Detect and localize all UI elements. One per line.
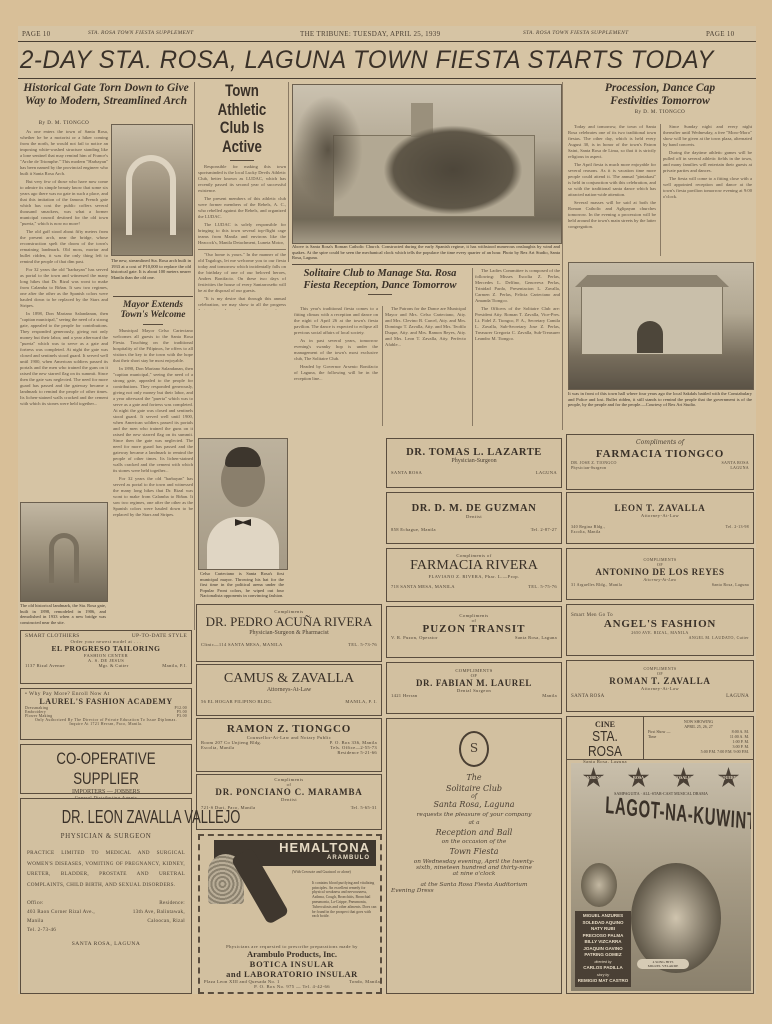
ad-address-row: 31 Arguelles Bldg., ManilaSanta Rosa, La…: [571, 582, 749, 587]
ad-address: Clinic—114 SANTA MESA, MANILA: [201, 642, 283, 647]
paragraph: In 1898, Don Mariano Salandanan, then "c…: [20, 311, 108, 407]
ad-vallejo: DR. LEON ZAVALLA VALLEJO PHYSICIAN & SUR…: [20, 798, 192, 994]
page-number-right: PAGE 10: [706, 30, 735, 38]
ad-address: 13th Ave, Balintawak,: [133, 909, 185, 915]
ad-label: Residence:: [159, 900, 185, 906]
hemaltona-body: (With Creosote and Guaiacol or alone) It…: [292, 870, 378, 919]
ad-address: 56 EL HOGAR FILIPINO BLDG.: [201, 699, 273, 704]
headline-rule: [18, 78, 756, 79]
ad-owner-title: Physician-Surgeon: [571, 465, 606, 470]
paragraph: "It is my desire that through this annua…: [198, 296, 286, 310]
ad-practice: PRACTICE LIMITED TO MEDICAL AND SURGICAL…: [27, 848, 185, 890]
ad-name: PUZON TRANSIT: [391, 623, 557, 635]
ad-name: CAMUS & ZAVALLA: [201, 671, 377, 687]
ad-name-wrap: DR. LEON ZAVALLA VALLEJO: [27, 807, 185, 828]
ad-name: FARMACIA RIVERA: [391, 558, 557, 574]
movie-poster: MORENA ROSA ROSALES ESQUERRA SAMPAGUITA …: [571, 763, 751, 991]
folio-rule: [18, 41, 756, 42]
ad-name: DR. PEDRO ACUÑA RIVERA: [201, 614, 377, 630]
title-line: Mayor Extends: [113, 300, 193, 310]
ad-operator: V. R. Puzon, Operator: [391, 635, 438, 640]
photo-caption: Above is Santa Rosa's Roman Catholic Chu…: [292, 244, 560, 261]
solitaire-title: Solitaire Club to Manage Sta. Rosa Fiest…: [292, 268, 468, 298]
ad-address: Escolta, Manila: [201, 745, 234, 750]
article-procession: Procession, Dance Cap Festivities Tomorr…: [566, 82, 754, 118]
ad-farmacia-tiongco: Compliments of FARMACIA TIONGCO DR. JOSE…: [566, 434, 754, 490]
paragraph: Since Sunday night and every night there…: [663, 124, 752, 148]
ad-location: MANILA, P. I.: [345, 699, 377, 704]
ad-address: 1137 Rizal Avenue: [25, 663, 65, 668]
film-title: LAGOT-NA-KUWINTAS: [605, 792, 718, 832]
title-line: Solitaire Club to Manage Sta. Rosa: [292, 268, 468, 280]
section-label-right: STA. ROSA TOWN FIESTA SUPPLEMENT: [523, 30, 629, 36]
byline: By D. M. TIONGCO: [20, 121, 108, 126]
photo-caption: The new, streamlined Sta. Rosa arch buil…: [111, 258, 191, 280]
company-name: BOTICA INSULAR: [204, 959, 380, 969]
ad-po-box: P. O. Box No. 975 — Tel. 4-42-66: [204, 984, 380, 989]
ad-address: 858 Echague, Manila: [391, 527, 436, 532]
invite-line: of: [391, 793, 557, 800]
town-hall-arch: [637, 321, 663, 353]
paragraph: Headed by Governor Arsenio Bonifacio of …: [294, 364, 378, 382]
photo-mayor-portrait: [198, 438, 288, 570]
title-line: Town Athletic: [208, 82, 277, 119]
ad-address-row: Physician-SurgeonLAGUNA: [571, 465, 749, 470]
divider: [230, 160, 254, 161]
ad-location: LAGUNA: [730, 465, 749, 470]
paragraph: The LUDAC is solely responsible for brin…: [198, 222, 286, 246]
ad-leon-zavalla: LEON T. ZAVALLA Attorney-At-Law 340 Regi…: [566, 492, 754, 544]
star-badges: MORENA ROSA ROSALES ESQUERRA: [571, 763, 751, 789]
invite-line: The: [391, 773, 557, 782]
ad-address: Caloocan, Rizal: [147, 918, 185, 924]
ad-title: Attorneys-At-Law: [201, 687, 377, 693]
ad-fabian-laurel: COMPLIMENTS OF DR. FABIAN M. LAUREL Dent…: [386, 662, 562, 714]
ad-name: LEON T. ZAVALLA: [571, 503, 749, 513]
paragraph: The Officers of the Solitaire Club are: …: [475, 306, 560, 342]
ad-location: LAGUNA: [536, 470, 557, 475]
paragraph: The Ladies Committee is composed of the …: [475, 268, 560, 304]
paragraph: In 1898, Don Mariano Salandanan, then "c…: [113, 366, 193, 474]
genre: ALL-STAR-CAST MUSICAL DRAMA: [643, 791, 708, 796]
cine-logo: CINE STA. ROSA Santa Rosa, Laguna: [567, 717, 644, 759]
hemaltona-footer: Physicians are requested to prescribe pr…: [204, 944, 380, 989]
ad-owner-title: Mgr. & Cutter: [98, 663, 128, 668]
ad-invitation: S The Solitaire Club of Santa Rosa, Lagu…: [386, 718, 562, 994]
title-line: Fiesta Reception, Dance Tomorrow: [292, 280, 468, 292]
ad-puzon-transit: Compliments of PUZON TRANSIT V. R. Puzon…: [386, 606, 562, 658]
paragraph: But very few of those who have now come …: [20, 179, 108, 227]
paragraph: This year's traditional fiesta comes to …: [294, 306, 378, 336]
article-title: Mayor Extends Town's Welcome: [113, 300, 193, 321]
ad-location: LAGUNA: [726, 694, 749, 699]
column-rule: [194, 82, 195, 630]
ad-footer: SANTA ROSA, LAGUNA: [27, 941, 185, 947]
gate-shape: [49, 533, 79, 583]
showtime: 5:00 P.M. 7:00 P.M. 9:00 P.M.: [648, 749, 749, 754]
ad-address-row: 56 EL HOGAR FILIPINO BLDG.MANILA, P. I.: [201, 699, 377, 704]
ad-address-row: Clinic—114 SANTA MESA, MANILATEL. 5-73-7…: [201, 642, 377, 647]
title-line: Historical Gate Torn Down to Give: [20, 82, 192, 95]
ad-lazarte: DR. TOMAS L. LAZARTE Physician-Surgeon S…: [386, 438, 562, 488]
invite-line: on the occasion of the: [391, 839, 557, 845]
company-name: Arambulo Products, Inc.: [204, 949, 380, 959]
ad-name: DR. PONCIANO C. MARAMBA: [201, 787, 377, 797]
section-label-left: STA. ROSA TOWN FIESTA SUPPLEMENT: [88, 30, 194, 36]
ad-name: FARMACIA TIONGCO: [571, 448, 749, 460]
cine-header: CINE STA. ROSA Santa Rosa, Laguna NOW SH…: [567, 717, 753, 760]
divider: [368, 294, 392, 295]
portrait-shirt: [207, 517, 279, 569]
byline: By D. M. TIONGCO: [566, 110, 754, 115]
article-historical-gate: Historical Gate Torn Down to Give Way to…: [20, 82, 192, 107]
ad-phone: TEL. 5-73-76: [348, 642, 377, 647]
dateline: THE TRIBUNE: TUESDAY, APRIL 25, 1939: [300, 30, 440, 38]
ad-address-row: SANTA ROSALAGUNA: [391, 470, 557, 475]
invite-line: requests the pleasure of your company: [391, 812, 557, 818]
ad-address-row: 1421 HerranManila: [391, 693, 557, 698]
ad-location: Manila, P.I.: [162, 663, 187, 668]
ad-name: DR. FABIAN M. LAUREL: [391, 678, 557, 688]
paragraph: The old gaff stood about fifty meters fr…: [20, 229, 108, 265]
ad-address: 31 Arguelles Bldg., Manila: [571, 582, 622, 587]
cast-list: MIGUEL ANZURES SOLEDAD AQUINO NATY RUBI …: [575, 911, 631, 987]
paragraph: Responsible for making this town sportsm…: [198, 164, 286, 194]
ad-title: Dentist: [201, 797, 377, 802]
ad-name: DR. TOMAS L. LAZARTE: [391, 447, 557, 458]
photo-new-arch: [111, 124, 193, 256]
ad-title: FLAVIANO Z. RIVERA, Phar. L.—Prop.: [391, 574, 557, 579]
article-title: Solitaire Club to Manage Sta. Rosa Fiest…: [292, 268, 468, 291]
article-title: Town Athletic Club Is Active: [208, 82, 277, 157]
ad-location: Tondo, Manila: [349, 979, 380, 984]
solitaire-col-2: The Patrons for the Dance are Municipal …: [382, 306, 466, 426]
paragraph: The present members of this athletic clu…: [198, 196, 286, 220]
ad-note: Inquire At 1721 Herran, Paco, Manila.: [25, 722, 187, 726]
course-price: P3.00: [177, 714, 187, 718]
title-line: Festivities Tomorrow: [566, 95, 754, 108]
ad-address: SANTA ROSA: [391, 470, 422, 475]
ad-pre: Compliments of: [571, 439, 749, 446]
title-line: Club Is Active: [208, 119, 277, 156]
newspaper-page: PAGE 10 STA. ROSA TOWN FIESTA SUPPLEMENT…: [18, 26, 756, 994]
portrait-hair: [225, 447, 261, 467]
ad-address-row: 718 SANTA MESA, MANILATEL. 5-75-76: [391, 584, 557, 589]
ad-title: Attorney-At-Law: [571, 686, 749, 691]
town-hall-roof: [575, 275, 729, 287]
ad-phone: TEL. 5-75-76: [528, 584, 557, 589]
ad-name: ROMAN T. ZAVALLA: [571, 676, 749, 686]
ad-pedro-rivera: Compliments DR. PEDRO ACUÑA RIVERA Physi…: [196, 604, 382, 662]
songs-badge: 4 SONG HITS MIGUEL VELARDE: [637, 959, 689, 969]
tree: [293, 95, 363, 205]
procession-col-1: Today and tomorrow, the town of Santa Ro…: [568, 124, 656, 256]
ad-name: ANTONINO DE LOS REYES: [571, 567, 749, 577]
ad-camus-zavalla: CAMUS & ZAVALLA Attorneys-At-Law 56 EL H…: [196, 664, 382, 716]
photo-caption: The old historical landmark, the Sta. Ro…: [20, 603, 106, 625]
ad-phone: Tel. 2-87-27: [531, 527, 557, 532]
ad-location: Santa Rosa, Laguna: [712, 582, 749, 587]
invite-line: Reception and Ball: [391, 828, 557, 837]
ad-laurels-academy: • Why Pay More? Enroll Now At LAUREL'S F…: [20, 688, 192, 740]
ad-ramon-tiongco: RAMON Z. TIONGCO Counsellor-At-Law and N…: [196, 718, 382, 772]
ad-location: SANTA ROSA: [571, 694, 605, 699]
procession-col-2: Since Sunday night and every night there…: [660, 124, 752, 256]
ad-label: Office:: [27, 900, 44, 906]
column-rule: [562, 82, 563, 430]
ad-address-row: ManilaCaloocan, Rizal: [27, 918, 185, 924]
ad-address-row: Office:Residence:: [27, 900, 185, 906]
ad-address: Escolta, Manila: [571, 529, 601, 534]
invite-line: Town Fiesta: [391, 847, 557, 856]
article-title: Procession, Dance Cap Festivities Tomorr…: [566, 82, 754, 107]
ad-name: CO-OPERATIVE SUPPLIER: [43, 749, 169, 789]
photo-church: [292, 84, 562, 244]
paragraph: The Patrons for the Dance are Municipal …: [385, 306, 466, 348]
article-solitaire: [292, 264, 560, 265]
invite-line: Solitaire Club: [391, 784, 557, 793]
composer: MIGUEL VELARDE: [638, 964, 688, 968]
star-icon: ROSA: [628, 767, 650, 789]
club-crest-icon: S: [459, 731, 489, 767]
paragraph: For 32 years the old "harbayan" has serv…: [20, 267, 108, 309]
ad-roman-zavalla: COMPLIMENTS OF ROMAN T. ZAVALLA Attorney…: [566, 660, 754, 712]
ad-hemaltona: HEMALTONA ARAMBULO (With Creosote and Gu…: [198, 834, 382, 994]
ad-address-row: Tel. 2-73-46: [27, 927, 185, 933]
paragraph: Several masses will be said at both the …: [568, 200, 656, 230]
ad-de-guzman: DR. D. M. DE GUZMAN Dentist 858 Echague,…: [386, 492, 562, 544]
cine-name: STA. ROSA: [575, 729, 636, 759]
ad-address: Manila: [27, 918, 44, 924]
arch-shape: [126, 155, 176, 235]
ad-title: Physician-Surgeon: [391, 458, 557, 464]
ad-address-row: Escolta, Manila: [571, 529, 749, 534]
tagline: (With Creosote and Guaiacol or alone): [292, 870, 378, 875]
ad-name: RAMON Z. TIONGCO: [201, 723, 377, 735]
mayor-continued: "Our home is yours." In the manner of th…: [198, 249, 286, 310]
column-rule: [288, 82, 289, 262]
photo-caption: Celso Carteciano is Santa Rosa's first m…: [200, 571, 284, 599]
title-line: Way to Modern, Streamlined Arch: [20, 95, 192, 108]
ad-cine-sta-rosa: CINE STA. ROSA Santa Rosa, Laguna NOW SH…: [566, 716, 754, 994]
ad-title: PHYSICIAN & SURGEON: [27, 832, 185, 840]
ad-phone: Tel. 2-73-46: [27, 927, 56, 933]
star-icon: ESQUERRA: [718, 767, 740, 789]
ad-name: ANGEL'S FASHION: [571, 618, 749, 630]
invite-line: Evening Dress: [391, 888, 557, 894]
paragraph: As in past several years, tomorrow eveni…: [294, 338, 378, 362]
article-mayor: Mayor Extends Town's Welcome Municipal M…: [113, 296, 193, 648]
ad-address-row: V. R. Puzon, OperatorSanta Rosa, Laguna: [391, 635, 557, 640]
ad-location: Santa Rosa, Laguna: [515, 635, 557, 640]
paragraph: During the daytime athletic games will b…: [663, 150, 752, 174]
divider: [143, 324, 163, 325]
star-icon: ROSALES: [673, 767, 695, 789]
director: CARLOS PADILLA: [577, 965, 629, 972]
showtime-label: Time: [648, 734, 656, 739]
title-line: Town's Welcome: [113, 310, 193, 320]
cast-member: PATRING GOMEZ: [577, 952, 629, 959]
ad-address: 1421 Herran: [391, 693, 417, 698]
ad-address: 718 SANTA MESA, MANILA: [391, 584, 455, 589]
poster-actress: [581, 863, 617, 907]
page-number-left: PAGE 10: [22, 30, 51, 38]
ad-el-progreso: SMART CLOTHIERSUP-TO-DATE STYLE Order yo…: [20, 630, 192, 684]
title-line: Procession, Dance Cap: [566, 82, 754, 95]
company-name: and LABORATORIO INSULAR: [204, 969, 380, 979]
ad-phone: Tel. 2-13-98: [726, 524, 749, 529]
paragraph: "Our home is yours." In the manner of th…: [198, 252, 286, 294]
ad-title: Physician-Surgeon & Pharmacist: [201, 630, 377, 636]
ad-address: 403 Raon Corner Rizal Ave.,: [27, 909, 95, 915]
article-athletic: Town Athletic Club Is Active Responsible…: [198, 82, 286, 310]
solitaire-col-1: This year's traditional fiesta comes to …: [294, 306, 378, 426]
poster-couple: [631, 863, 721, 973]
body-text: It contains blood purifying and vitalizi…: [292, 881, 378, 919]
article-body: Municipal Mayor Celso Carteciano welcome…: [113, 328, 193, 648]
invite-line: at a: [391, 820, 557, 826]
ad-title: Attorney-At-Law: [571, 513, 749, 518]
ad-cooperative-supplier: CO-OPERATIVE SUPPLIER IMPORTERS — JOBBER…: [20, 744, 192, 794]
cast-member: BILLY VIZCARRA: [577, 939, 629, 946]
article-body: Responsible for making this town sportsm…: [198, 164, 286, 246]
ad-name: DR. LEON ZAVALLA VALLEJO: [62, 807, 241, 828]
ad-address-row: SANTA ROSALAGUNA: [571, 694, 749, 699]
ad-address-row: Residence 5-21-66: [201, 750, 377, 755]
ad-address-row: 858 Echague, ManilaTel. 2-87-27: [391, 527, 557, 532]
studio-line: SAMPAGUITA · ALL-STAR-CAST MUSICAL DRAMA: [571, 791, 751, 796]
ad-address-row: 403 Raon Corner Rizal Ave.,13th Ave, Bal…: [27, 909, 185, 915]
main-headline: 2-DAY STA. ROSA, LAGUNA TOWN FIESTA STAR…: [20, 46, 728, 75]
ad-location: Manila: [542, 693, 557, 698]
ad-de-los-reyes: COMPLIMENTS OF ANTONINO DE LOS REYES Att…: [566, 548, 754, 600]
ad-address-row: 1137 Rizal AvenueMgr. & CutterManila, P.…: [25, 663, 187, 668]
ad-phone: Residence 5-21-66: [337, 750, 377, 755]
article-title: Historical Gate Torn Down to Give Way to…: [20, 82, 192, 107]
star-icon: MORENA: [583, 767, 605, 789]
gate-column-1: By D. M. TIONGCO As one enters the town …: [20, 118, 108, 409]
article-body: As one enters the town of Santa Rosa, wh…: [20, 129, 108, 407]
cast-member: MIGUEL ANZURES: [577, 913, 629, 920]
ad-farmacia-rivera: Compliments of FARMACIA RIVERA FLAVIANO …: [386, 548, 562, 602]
ad-owner: ANGEL M. LAUDATO, Cutter: [571, 635, 749, 640]
ad-angels-fashion: Smart Men Go To ANGEL'S FASHION 2650 AVE…: [566, 604, 754, 656]
ad-name-wrap: CO-OPERATIVE SUPPLIER: [25, 749, 187, 789]
ad-name: DR. D. M. DE GUZMAN: [391, 503, 557, 514]
paragraph: The April fiesta is much more enjoyable …: [568, 162, 656, 198]
ad-phone: Tel. 5-65-31: [351, 805, 377, 810]
paragraph: Today and tomorrow, the town of Santa Ro…: [568, 124, 656, 160]
paragraph: For 32 years the old "harbayan" has serv…: [113, 476, 193, 518]
photo-old-gate: [20, 502, 108, 602]
writer: REMIGIO MAT CASTRO: [577, 978, 629, 985]
ad-name: LAUREL'S FASHION ACADEMY: [25, 697, 187, 706]
ad-name: EL PROGRESO TAILORING: [25, 644, 187, 653]
ad-title: Dentist: [391, 514, 557, 519]
paragraph: Municipal Mayor Celso Carteciano welcome…: [113, 328, 193, 364]
invite-line: at nine o'clock: [391, 871, 557, 877]
photo-town-hall: [568, 262, 754, 390]
paragraph: As one enters the town of Santa Rosa, wh…: [20, 129, 108, 177]
photo-caption: It was in front of this town hall where …: [568, 391, 752, 408]
tree: [383, 125, 523, 215]
paragraph: The fiesta will come to a fitting close …: [663, 176, 752, 200]
solitaire-col-3: The Ladies Committee is composed of the …: [472, 268, 560, 426]
showtimes: NOW SHOWING APRIL 25, 26, 27 First Show …: [644, 717, 753, 759]
invite-line: Santa Rosa, Laguna: [391, 800, 557, 809]
